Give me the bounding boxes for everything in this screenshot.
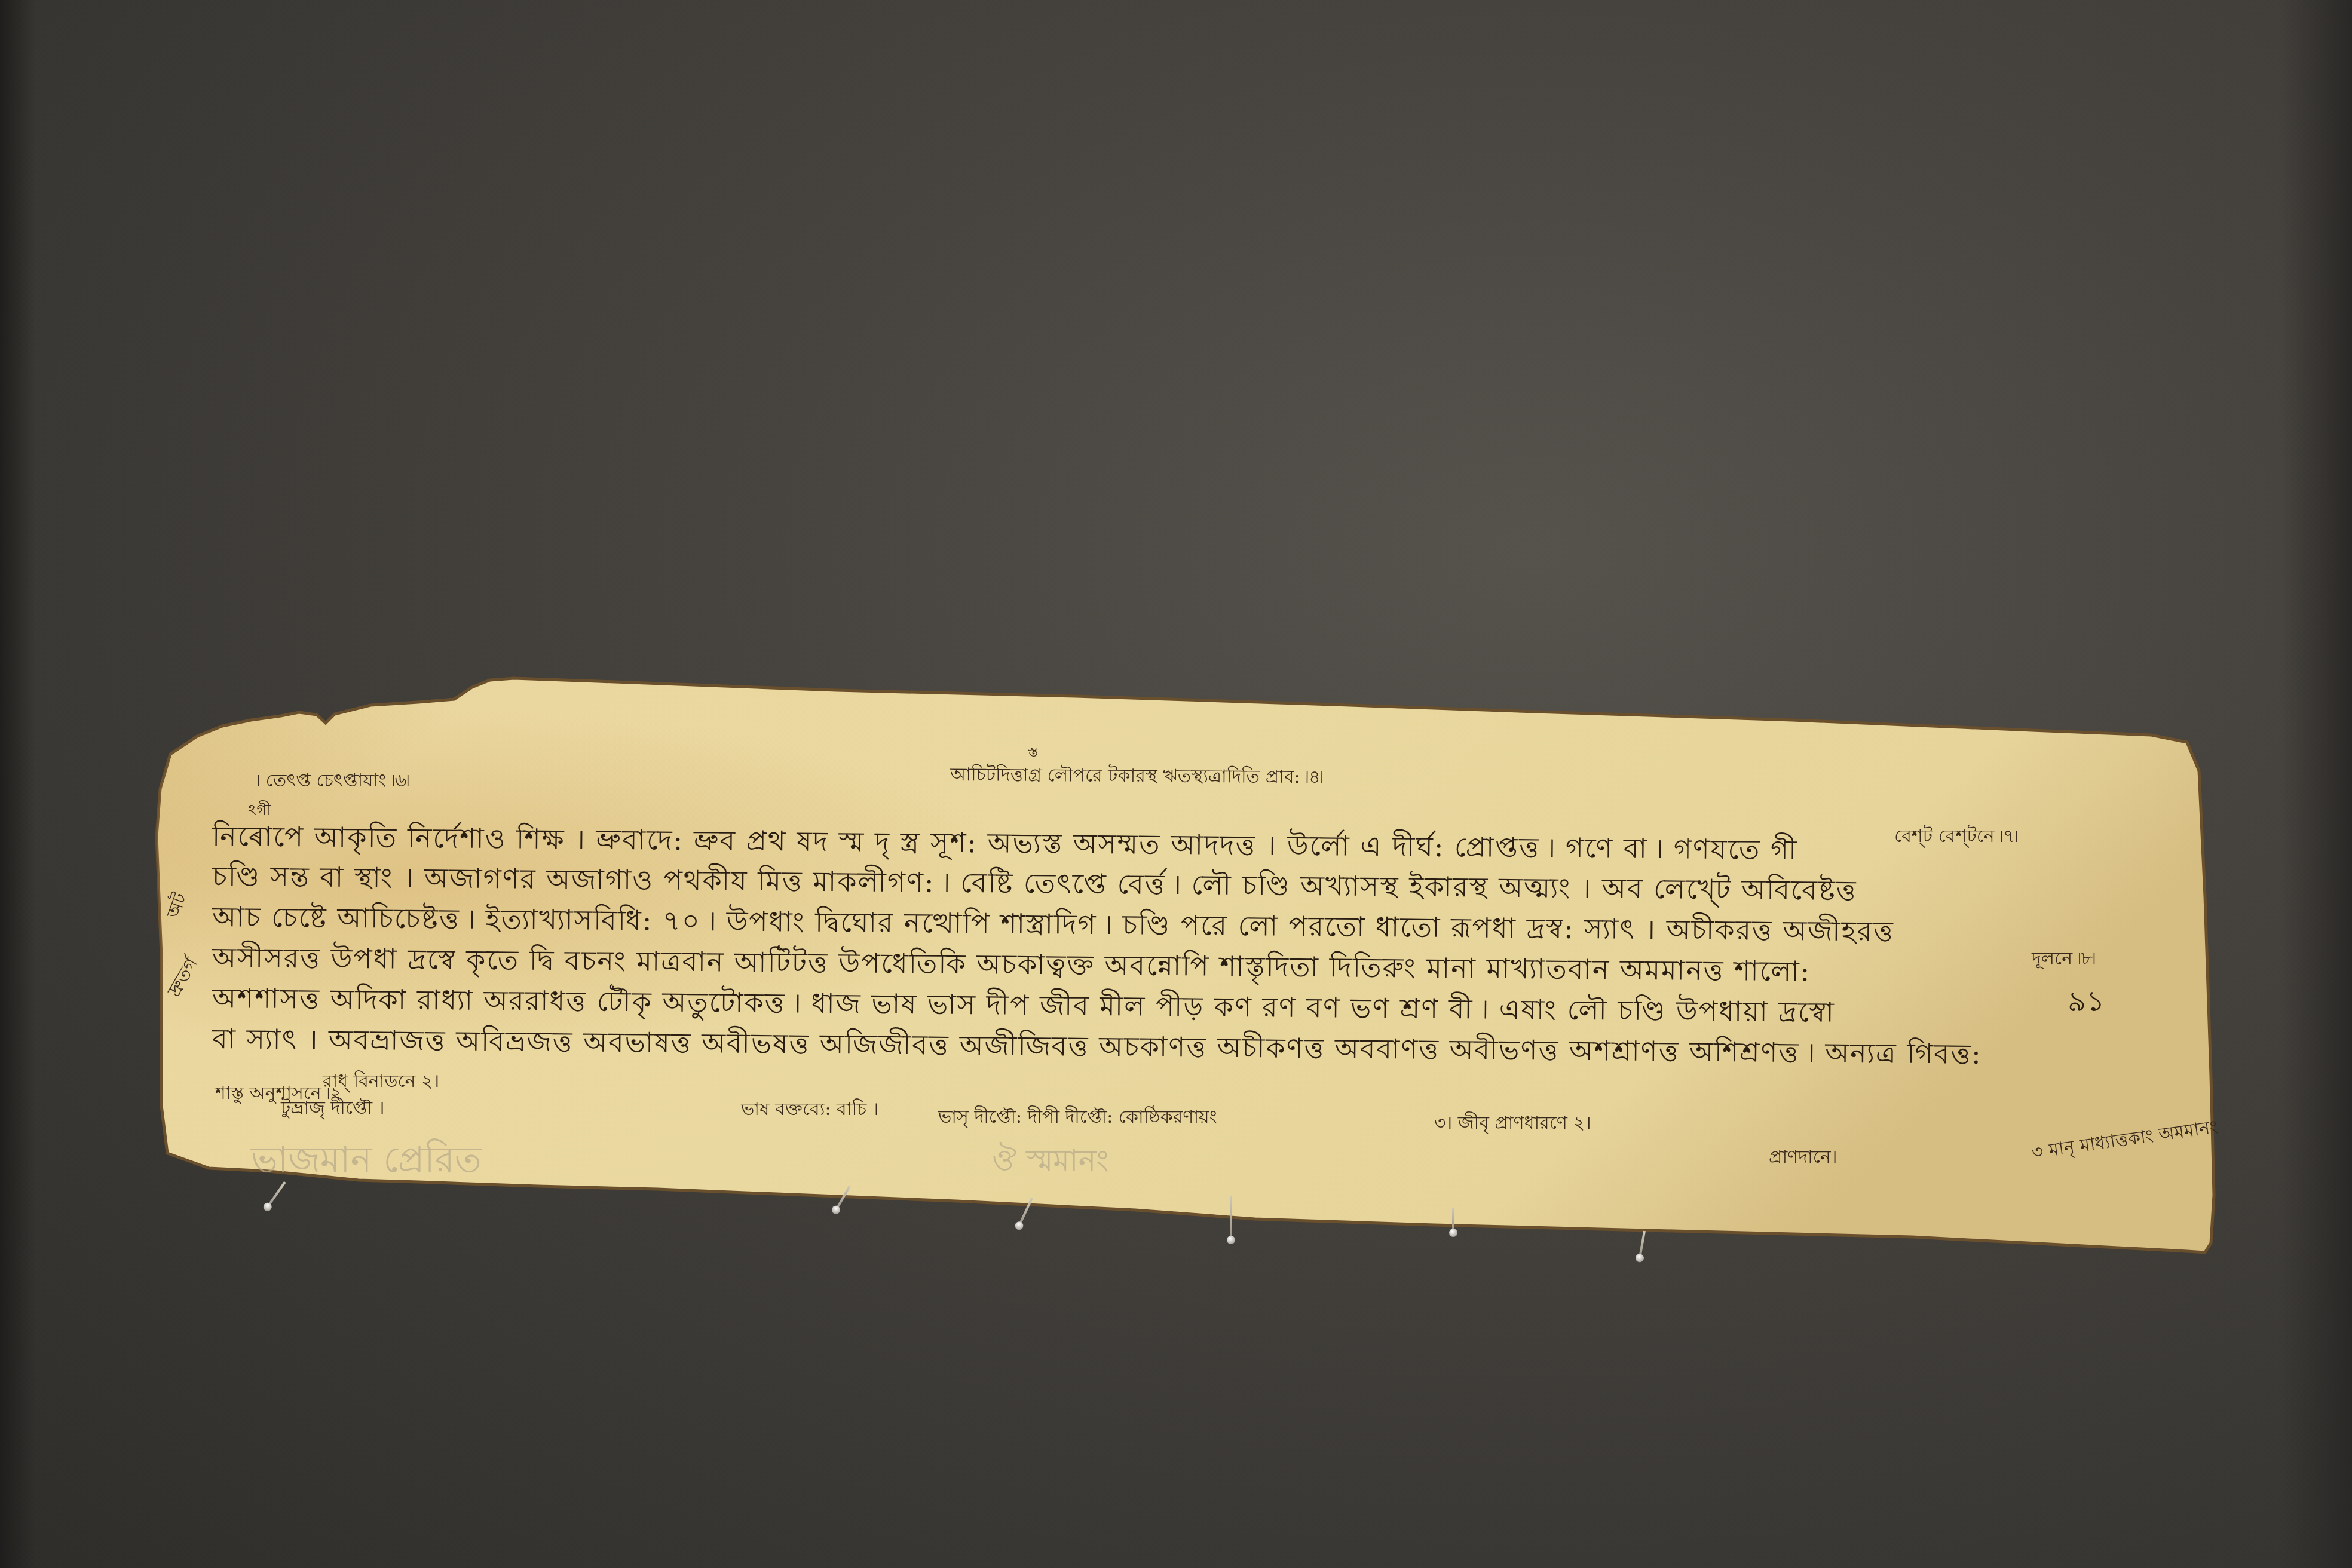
bottom-note-3: রাধ্ বিনাডনে ২। [323,1067,439,1097]
bottom-note-4: ভাষ বক্তব্যে: বাচি । [741,1095,879,1125]
mounting-pin [1452,1208,1454,1232]
bottom-note-7: প্রাণদানে। [1769,1143,1837,1173]
top-left-note: ৷ তেৎপ্ত চেৎপ্তাযাং ৷৬৷ [257,766,409,797]
right-margin-note: দূলনে ৷৮৷ [2032,944,2096,975]
bottom-note-6: ৩। জীবৃ প্রাণধারণে ২। [1434,1108,1591,1139]
pencil-note-2: ঔ স্মমানং [992,1138,1109,1188]
manuscript-folio: আচিটদিত্তাগ্ৰ লৌপরে টকারস্থ ঋতস্থ্যত্রাদ… [0,0,2352,1568]
folio-number: ৯১ [2068,980,2105,1027]
header-mark: স্ত [1028,741,1038,765]
bottom-note-5: ভাসৃ দীপ্তৌ: দীপী দীপ্তৌ: কোষ্ঠিকরণায়ং [938,1102,1217,1133]
top-right-note: বেশ্ট বেশ্টনে ৷৭৷ [1894,822,2018,852]
mounting-pin [1230,1196,1232,1239]
header-note: আচিটদিত্তাগ্ৰ লৌপরে টকারস্থ ঋতস্থ্যত্রাদ… [950,760,1324,793]
bottom-note-2: টুভ্ৰাজৃ দীপ্তৌ । [281,1094,384,1124]
